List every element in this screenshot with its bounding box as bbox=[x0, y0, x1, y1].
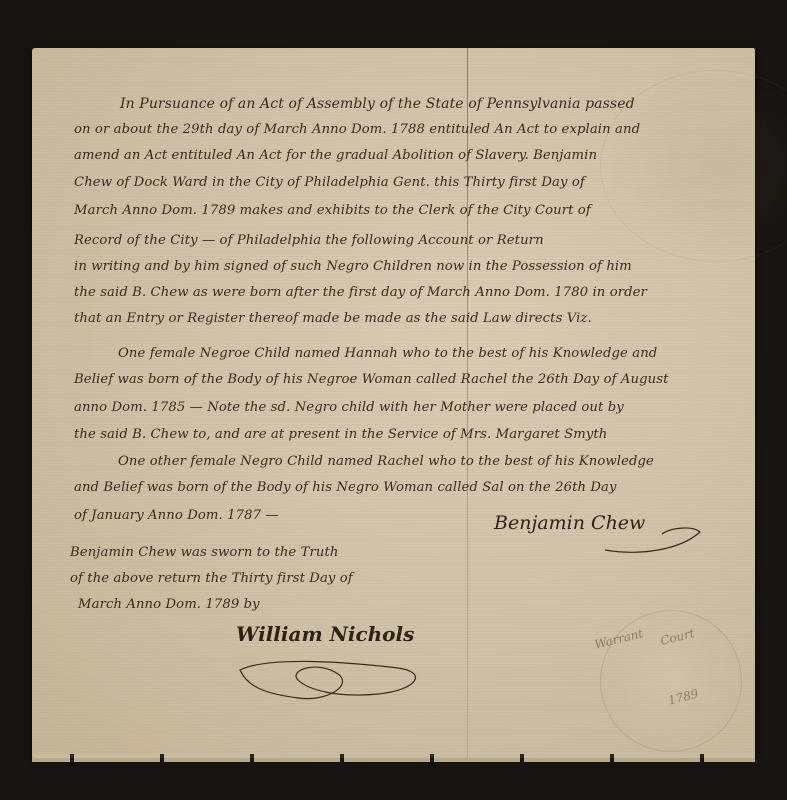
body-line-12: anno Dom. 1785 — Note the sd. Negro chil… bbox=[74, 400, 624, 415]
body-line-8: the said B. Chew as were born after the … bbox=[74, 285, 647, 300]
body-line-6: Record of the City — of Philadelphia the… bbox=[74, 233, 544, 248]
signature-william-nichols: William Nichols bbox=[236, 622, 414, 646]
body-line-14: One other female Negro Child named Rache… bbox=[118, 454, 654, 469]
oath-line-3: March Anno Dom. 1789 by bbox=[78, 597, 260, 612]
oath-line-1: Benjamin Chew was sworn to the Truth bbox=[70, 545, 339, 560]
body-line-9: that an Entry or Register thereof made b… bbox=[74, 311, 592, 326]
body-line-10: One female Negroe Child named Hannah who… bbox=[118, 346, 657, 361]
oath-line-2: of the above return the Thirty first Day… bbox=[70, 571, 353, 586]
body-line-4: Chew of Dock Ward in the City of Philade… bbox=[74, 175, 585, 190]
body-line-1: In Pursuance of an Act of Assembly of th… bbox=[120, 96, 635, 112]
body-line-5: March Anno Dom. 1789 makes and exhibits … bbox=[74, 203, 591, 218]
body-line-2: on or about the 29th day of March Anno D… bbox=[74, 122, 640, 137]
body-line-3: amend an Act entituled An Act for the gr… bbox=[74, 148, 597, 163]
body-line-13: the said B. Chew to, and are at present … bbox=[74, 427, 607, 442]
paraph-flourish-icon bbox=[228, 650, 428, 710]
body-line-15: and Belief was born of the Body of his N… bbox=[74, 480, 617, 495]
body-line-7: in writing and by him signed of such Neg… bbox=[74, 259, 632, 274]
body-line-16: of January Anno Dom. 1787 — bbox=[74, 508, 279, 523]
signature-flourish-icon bbox=[600, 520, 710, 560]
body-line-11: Belief was born of the Body of his Negro… bbox=[74, 372, 669, 387]
